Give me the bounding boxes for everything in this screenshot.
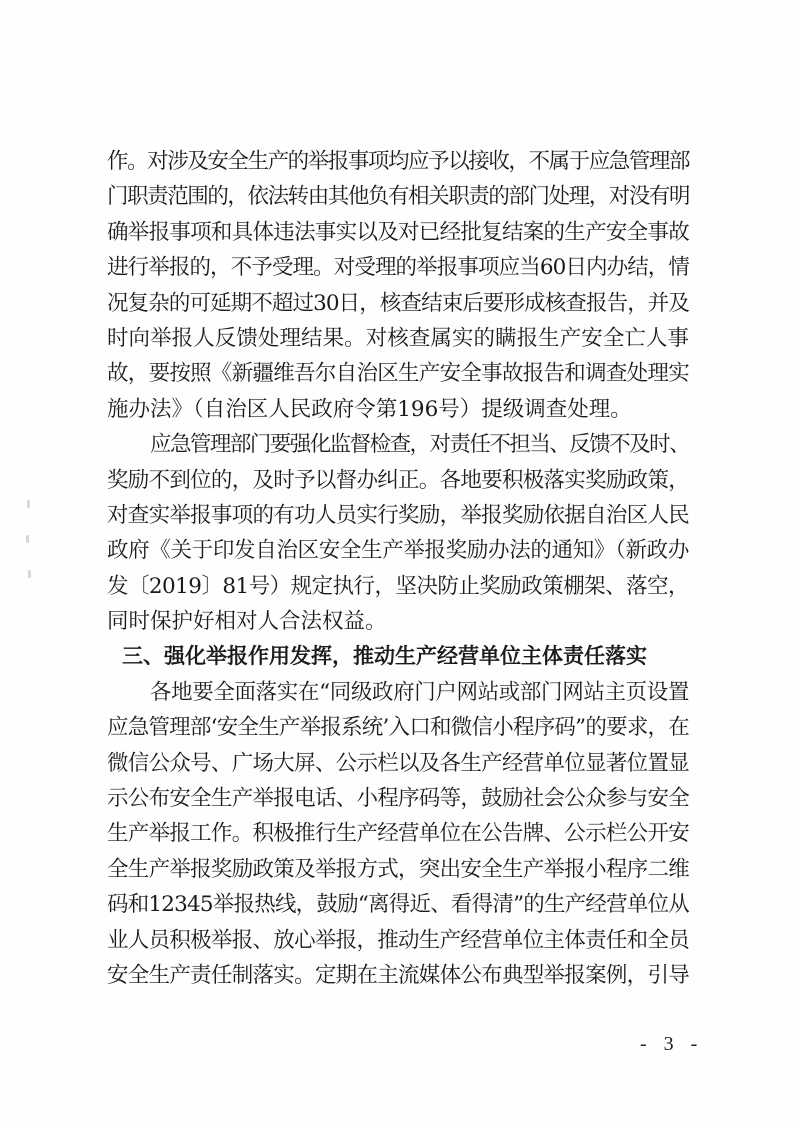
text-line: 安全生产责任制落实。定期在主流媒体公布典型举报案例，引导: [107, 958, 689, 993]
section-heading: 三、强化举报作用发挥，推动生产经营单位主体责任落实: [107, 639, 689, 674]
text-line: 应急管理部‘安全生产举报系统’入口和微信小程序码”的要求，在: [107, 710, 689, 745]
text-line: 微信公众号、广场大屏、公示栏以及各生产经营单位显著位置显: [107, 746, 689, 781]
scan-speck: [27, 500, 30, 508]
text-line: 全生产举报奖励政策及举报方式，突出安全生产举报小程序二维: [107, 852, 689, 887]
page-number: - 3 -: [640, 1033, 703, 1056]
document-page: 作。对涉及安全生产的举报事项均应予以接收，不属于应急管理部 门职责范围的，依法转…: [0, 0, 793, 1121]
text-line: 发〔2019〕81号）规定执行，坚决防止奖励政策棚架、落空，: [107, 569, 689, 604]
text-line: 作。对涉及安全生产的举报事项均应予以接收，不属于应急管理部: [107, 144, 689, 179]
text-line: 对查实举报事项的有功人员实行奖励，举报奖励依据自治区人民: [107, 498, 689, 533]
text-line: 生产举报工作。积极推行生产经营单位在公告牌、公示栏公开安: [107, 816, 689, 851]
paragraph-start-line: 各地要全面落实在“同级政府门户网站或部门网站主页设置: [107, 675, 689, 710]
body-text: 作。对涉及安全生产的举报事项均应予以接收，不属于应急管理部 门职责范围的，依法转…: [107, 144, 689, 993]
paragraph-start-line: 应急管理部门要强化监督检查，对责任不担当、反馈不及时、: [107, 427, 689, 462]
text-line: 时向举报人反馈处理结果。对核查属实的瞒报生产安全亡人事: [107, 321, 689, 356]
text-line: 施办法》（自治区人民政府令第196号）提级调查处理。: [107, 392, 689, 427]
text-line: 故，要按照《新疆维吾尔自治区生产安全事故报告和调查处理实: [107, 356, 689, 391]
text-line: 业人员积极举报、放心举报，推动生产经营单位主体责任和全员: [107, 923, 689, 958]
text-line: 奖励不到位的，及时予以督办纠正。各地要积极落实奖励政策，: [107, 463, 689, 498]
text-line: 确举报事项和具体违法事实以及对已经批复结案的生产安全事故: [107, 215, 689, 250]
text-line: 同时保护好相对人合法权益。: [107, 604, 689, 639]
scan-speck: [28, 570, 31, 578]
text-line: 况复杂的可延期不超过30日，核查结束后要形成核查报告，并及: [107, 286, 689, 321]
text-line: 门职责范围的，依法转由其他负有相关职责的部门处理，对没有明: [107, 179, 689, 214]
text-line: 示公布安全生产举报电话、小程序码等，鼓励社会公众参与安全: [107, 781, 689, 816]
scan-speck: [26, 535, 29, 543]
text-line: 码和12345举报热线，鼓励“离得近、看得清”的生产经营单位从: [107, 887, 689, 922]
text-line: 进行举报的，不予受理。对受理的举报事项应当60日内办结，情: [107, 250, 689, 285]
text-line: 政府《关于印发自治区安全生产举报奖励办法的通知》（新政办: [107, 533, 689, 568]
